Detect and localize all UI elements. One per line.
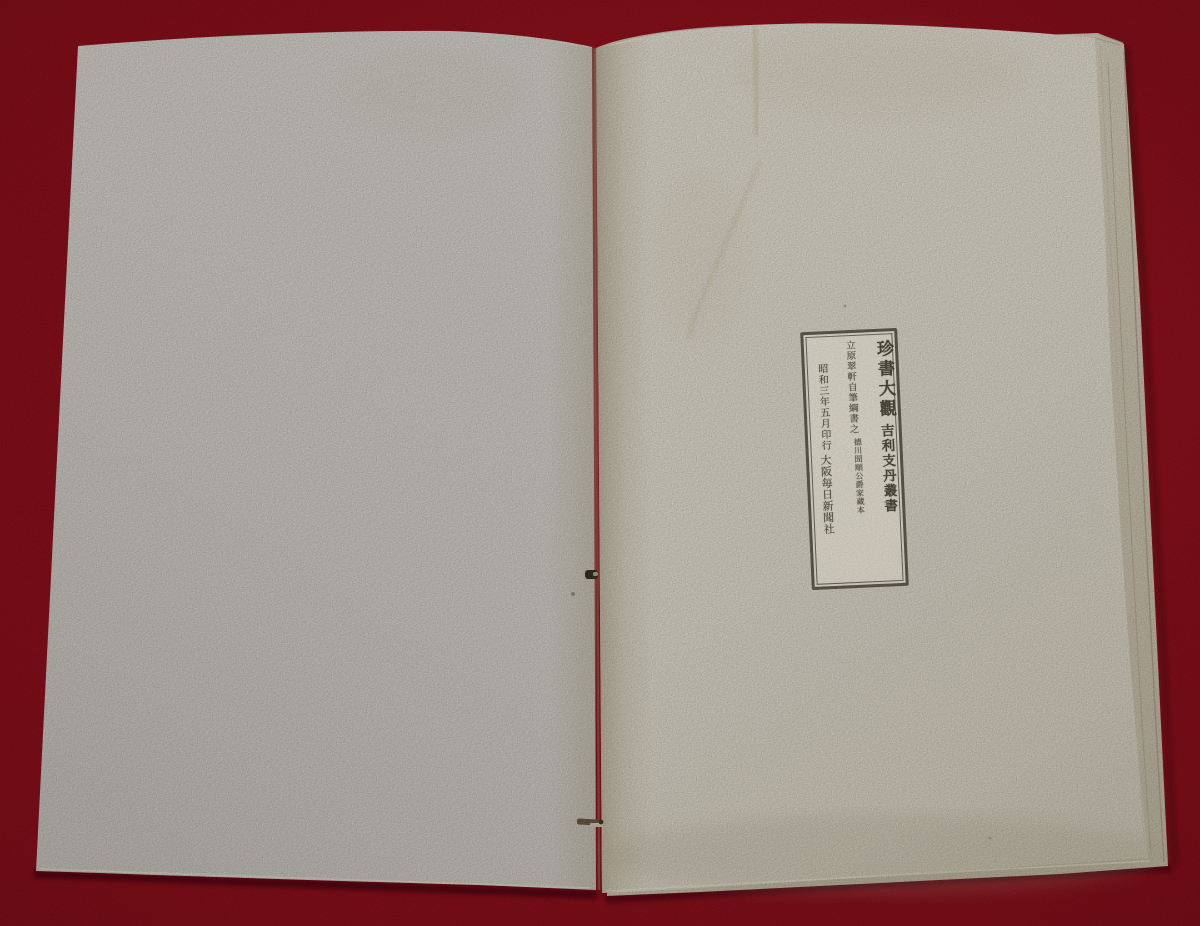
publisher-name: 大阪毎日新聞社 <box>819 454 836 535</box>
stamp-inner-frame: 珍書大觀吉利支丹叢書 立原翠軒自筆綱書之德川圀順公爵家藏本 昭和三年五月印行大阪… <box>805 333 903 585</box>
annotation-text: 立原翠軒自筆綱書之 <box>844 340 859 435</box>
colophon-stamp: 珍書大觀吉利支丹叢書 立原翠軒自筆綱書之德川圀順公爵家藏本 昭和三年五月印行大阪… <box>800 328 909 590</box>
photo-grain <box>0 0 1200 926</box>
stamp-imprint-column: 昭和三年五月印行大阪毎日新聞社 <box>813 363 839 587</box>
provenance-text: 德川圀順公爵家藏本 <box>853 437 865 514</box>
stamp-annotation-column: 立原翠軒自筆綱書之德川圀順公爵家藏本 <box>841 340 868 584</box>
book-illustration <box>0 0 1200 926</box>
series-subtitle: 吉利支丹叢書 <box>877 423 897 514</box>
stamp-title-column: 珍書大觀吉利支丹叢書 <box>874 339 902 580</box>
series-title: 珍書大觀 <box>873 339 897 420</box>
photo-of-open-book-on-red-cloth: 珍書大觀吉利支丹叢書 立原翠軒自筆綱書之德川圀順公爵家藏本 昭和三年五月印行大阪… <box>0 0 1200 926</box>
imprint-date: 昭和三年五月印行 <box>816 363 831 451</box>
